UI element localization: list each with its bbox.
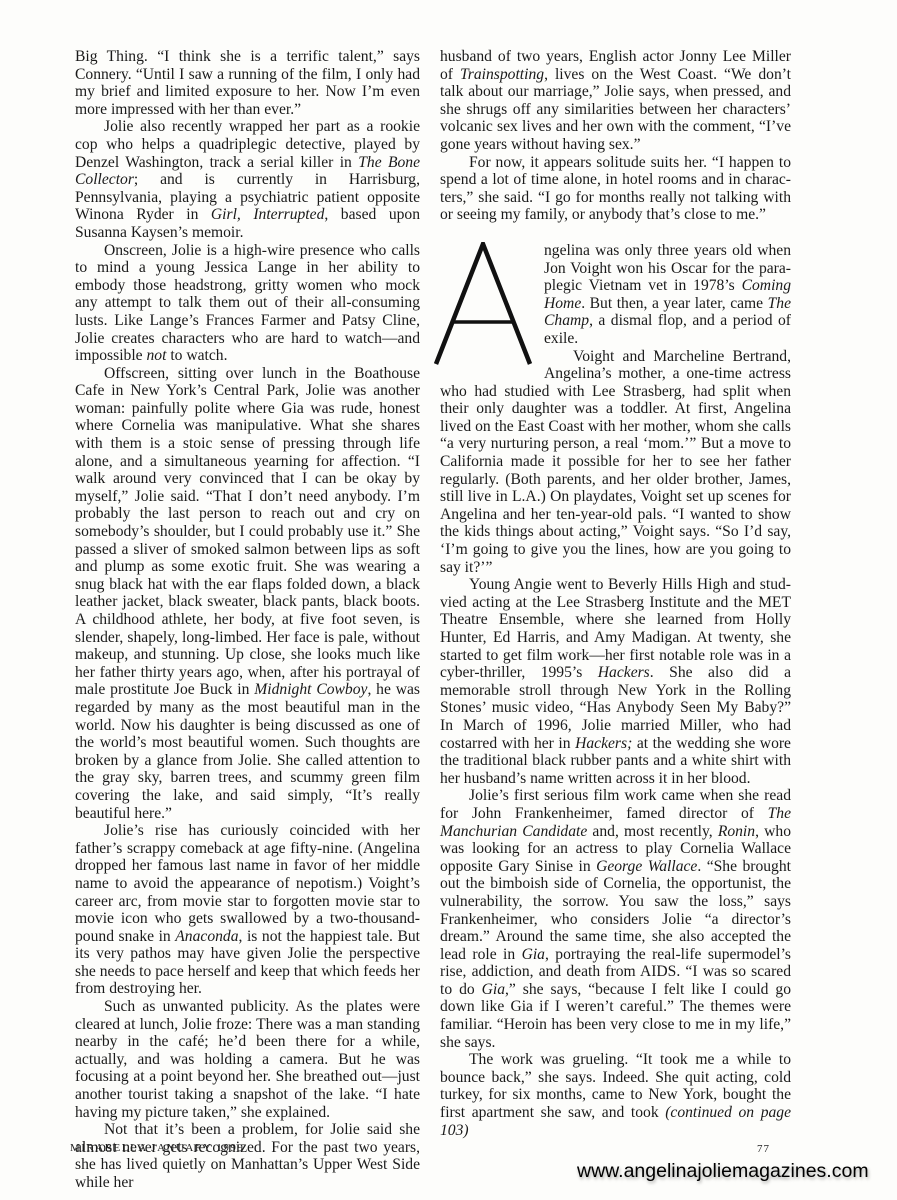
page-number: 77	[757, 1143, 770, 1155]
article-paragraph: husband of two years, English actor Jonn…	[440, 48, 791, 154]
left-column: Big Thing. “I think she is a terrific ta…	[75, 48, 420, 1192]
watermark-url: www.angelinajoliemagazines.com	[577, 1160, 869, 1183]
article-paragraph: The work was grueling. “It took me a whi…	[440, 1051, 791, 1139]
article-paragraph: Jolie’s first serious film work came whe…	[440, 787, 791, 1051]
article-paragraph: Jolie also recently wrapped her part as …	[75, 118, 420, 241]
drop-cap-a-icon	[434, 242, 534, 366]
article-paragraph: Big Thing. “I think she is a terrific ta…	[75, 48, 420, 118]
article-paragraph: Offscreen, sitting over lunch in the Boa…	[75, 365, 420, 822]
article-paragraph: For now, it appears solitude suits her. …	[440, 154, 791, 224]
article-paragraph: Jolie’s rise has curiously coincided wit…	[75, 822, 420, 998]
article-paragraph: Such as unwanted publicity. As the plate…	[75, 998, 420, 1121]
article-paragraph: Voight and Marcheline Bertrand, Angelina…	[440, 348, 791, 577]
right-column-top: husband of two years, English actor Jonn…	[440, 48, 791, 224]
drop-cap: A	[434, 242, 534, 366]
right-column-bottom: ngelina was only three years old when Jo…	[440, 242, 791, 1139]
right-column: husband of two years, English actor Jonn…	[440, 48, 791, 1139]
article-paragraph: Young Angie went to Beverly Hills High a…	[440, 576, 791, 787]
publication-footer: MIRABELLA JANUARY 1999	[70, 1142, 244, 1154]
section-start: A ngelina was only three years old when …	[440, 242, 791, 1139]
article-paragraph: Onscreen, Jolie is a high-wire presence …	[75, 242, 420, 365]
article-paragraph: Not that it’s been a problem, for Jolie …	[75, 1121, 420, 1191]
section-break	[440, 224, 791, 242]
